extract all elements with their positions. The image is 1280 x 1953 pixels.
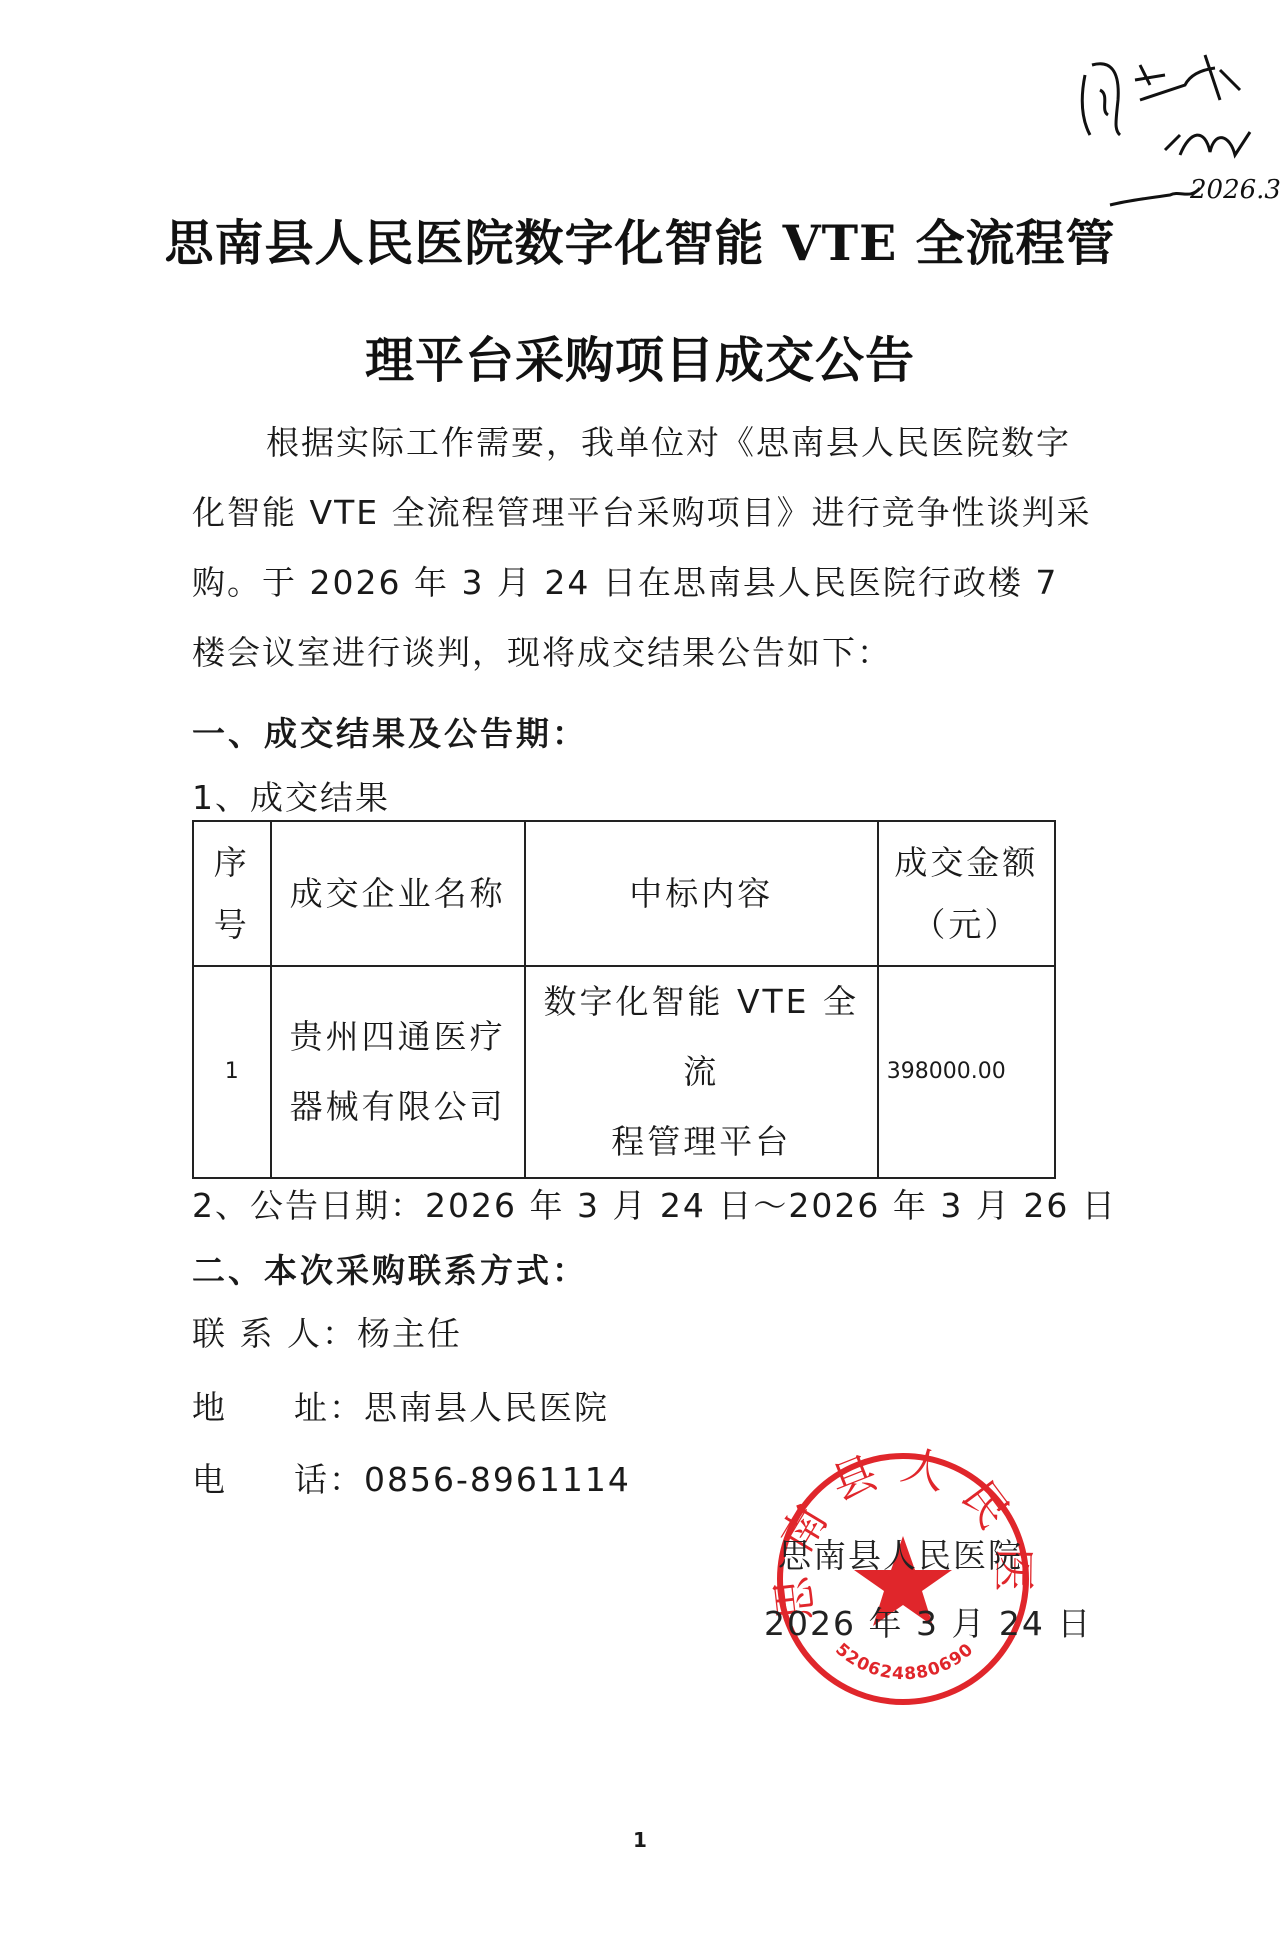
signature-org: 思南县人民医院 <box>778 1530 1023 1577</box>
signature-date: 2026 年 3 月 24 日 <box>764 1598 1092 1645</box>
table-row: 1 贵州四通医疗 器械有限公司 数字化智能 VTE 全流 程管理平台 39800… <box>193 966 1055 1178</box>
section1-sub1: 1、成交结果 <box>192 772 390 819</box>
red-seal-icon: 思南县人民医院 5206248806906 <box>772 1448 1034 1710</box>
contact-value: 杨主任 <box>357 1314 462 1353</box>
address-label-2: 址： <box>294 1388 364 1427</box>
cell-company: 贵州四通医疗 器械有限公司 <box>271 966 525 1178</box>
document-title-line1: 思南县人民医院数字化智能 VTE 全流程管 <box>0 205 1280 275</box>
header-seq: 序 号 <box>193 821 271 966</box>
official-seal: 思南县人民医院 5206248806906 <box>772 1448 1034 1710</box>
contact-label: 联 系 人： <box>192 1314 357 1353</box>
header-company: 成交企业名称 <box>271 821 525 966</box>
handwritten-date: 2026.3.24 <box>1190 175 1280 205</box>
header-amount: 成交金额 （元） <box>878 821 1055 966</box>
phone-label-1: 电 <box>192 1454 294 1501</box>
contact-person: 联 系 人：杨主任 <box>192 1308 462 1355</box>
address: 地址：思南县人民医院 <box>192 1382 609 1429</box>
address-label-1: 地 <box>192 1382 294 1429</box>
section2-heading: 二、本次采购联系方式： <box>192 1245 588 1292</box>
page-number: 1 <box>0 1828 1280 1852</box>
cell-amount: 398000.00 <box>878 966 1055 1178</box>
result-table: 序 号 成交企业名称 中标内容 成交金额 （元） 1 贵州四通医疗 器械有限公司… <box>192 820 1056 1179</box>
header-content: 中标内容 <box>525 821 878 966</box>
cell-seq: 1 <box>193 966 271 1178</box>
cell-content: 数字化智能 VTE 全流 程管理平台 <box>525 966 878 1178</box>
handwritten-approval-note: 2026.3.24 <box>1040 40 1270 220</box>
table-header-row: 序 号 成交企业名称 中标内容 成交金额 （元） <box>193 821 1055 966</box>
address-value: 思南县人民医院 <box>364 1388 609 1427</box>
phone-value: 0856-8961114 <box>364 1460 631 1499</box>
intro-paragraph: 根据实际工作需要，我单位对《思南县人民医院数字化智能 VTE 全流程管理平台采购… <box>192 408 1092 688</box>
section1-heading: 一、成交结果及公告期： <box>192 708 588 755</box>
phone-label-2: 话： <box>294 1460 364 1499</box>
phone: 电话：0856-8961114 <box>192 1454 631 1501</box>
document-title-line2: 理平台采购项目成交公告 <box>0 322 1280 392</box>
announcement-period: 2、公告日期：2026 年 3 月 24 日～2026 年 3 月 26 日 <box>192 1180 1117 1227</box>
